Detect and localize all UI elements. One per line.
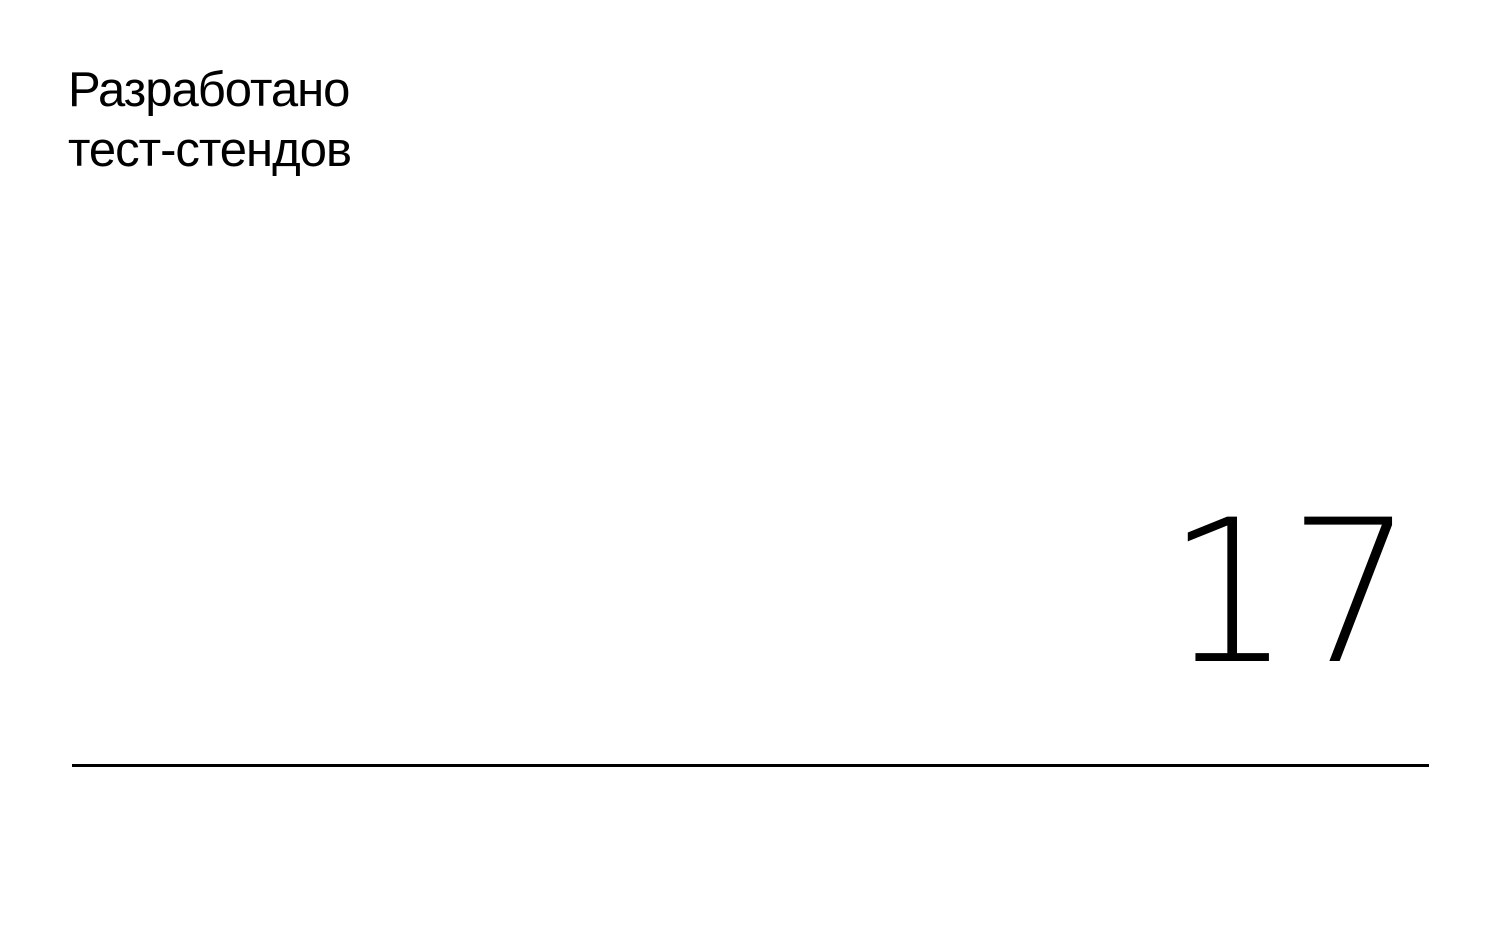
stat-value: 17 bbox=[1166, 478, 1410, 708]
stat-label-line-1: Разработано bbox=[68, 60, 351, 120]
divider-line bbox=[72, 764, 1429, 767]
stat-label: Разработано тест-стендов bbox=[68, 60, 351, 180]
stat-label-line-2: тест-стендов bbox=[68, 120, 351, 180]
